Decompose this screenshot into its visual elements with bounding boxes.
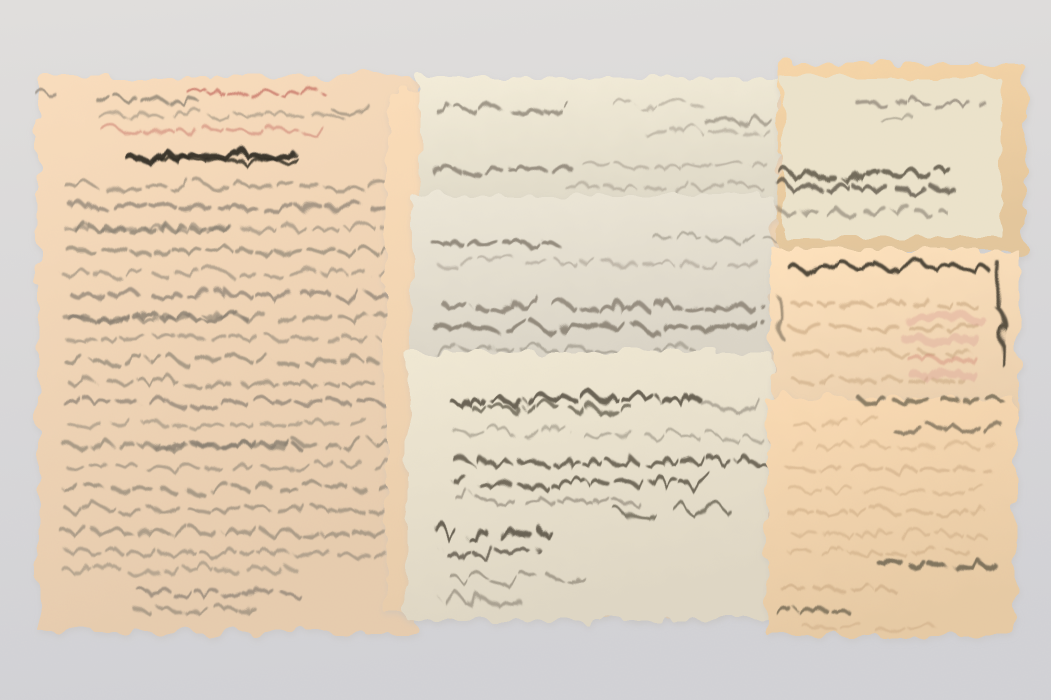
photo-of-handwritten-letters bbox=[0, 0, 1051, 700]
middle-letter-bottom bbox=[406, 352, 772, 620]
middle-letter-top bbox=[420, 78, 780, 206]
middle-letter-mid-paper bbox=[412, 196, 774, 368]
handwriting-stroke bbox=[900, 334, 973, 339]
right-letter-top-inner-panel bbox=[782, 77, 1001, 237]
middle-letter-top-paper bbox=[420, 78, 780, 206]
letters-collage-canvas bbox=[0, 0, 1051, 700]
right-letter-top bbox=[776, 64, 1025, 252]
right-letter-bottom-paper bbox=[766, 398, 1016, 636]
left-letter bbox=[36, 76, 418, 632]
middle-letter-mid bbox=[412, 196, 774, 368]
right-letter-bottom bbox=[766, 394, 1016, 636]
